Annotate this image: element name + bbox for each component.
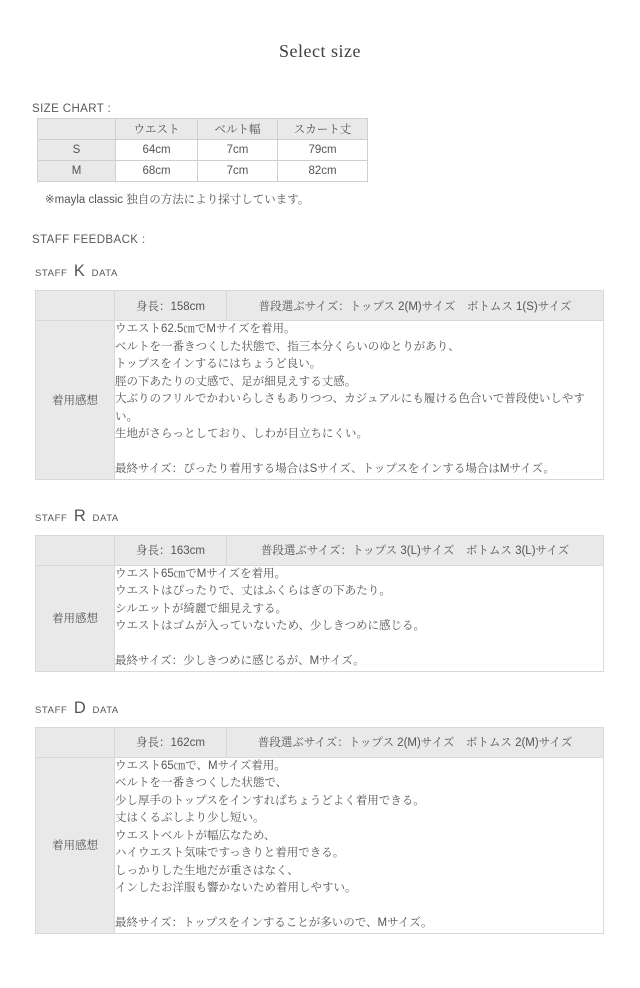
select-size-page: Select size SIZE CHART : ウエスト ベルト幅 スカート丈… xyxy=(0,40,640,934)
staff-suffix: DATA xyxy=(92,268,118,279)
staff-suffix: DATA xyxy=(93,705,119,716)
staff-initial: R xyxy=(74,507,86,525)
size-m-waist: 68cm xyxy=(116,161,198,182)
size-s-belt-width: 7cm xyxy=(198,140,278,161)
size-chart-corner-cell xyxy=(38,119,116,140)
staff-k-usual-size: 普段選ぶサイズ：トップス 2(M)サイズ ボトムス 1(S)サイズ xyxy=(227,291,604,321)
size-s-skirt-length: 79cm xyxy=(278,140,368,161)
staff-prefix: STAFF xyxy=(35,705,67,716)
size-m-label: M xyxy=(38,161,116,182)
size-chart-col-waist: ウエスト xyxy=(116,119,198,140)
staff-feedback-label: STAFF FEEDBACK : xyxy=(32,233,640,247)
staff-initial: D xyxy=(74,699,86,717)
staff-r-heading: STAFF R DATA xyxy=(35,506,640,529)
impression-label: 着用感想 xyxy=(36,565,115,671)
staff-d-feedback-cell: ウエスト65㎝で、Mサイズ着用。 ベルトを一番きつくした状態で、 少し厚手のトッ… xyxy=(115,757,604,933)
size-chart-col-skirt-length: スカート丈 xyxy=(278,119,368,140)
staff-k-height: 身長：158cm xyxy=(115,291,227,321)
staff-section-k: STAFF K DATA 身長：158cm 普段選ぶサイズ：トップス 2(M)サ… xyxy=(35,261,640,480)
staff-initial: K xyxy=(74,262,85,280)
staff-k-header-empty-cell xyxy=(36,291,115,321)
size-chart-col-belt-width: ベルト幅 xyxy=(198,119,278,140)
staff-k-heading: STAFF K DATA xyxy=(35,261,640,284)
staff-k-feedback-row: 着用感想 ウエスト62.5㎝でMサイズを着用。 ベルトを一番きつくした状態で、指… xyxy=(36,321,604,480)
staff-suffix: DATA xyxy=(93,513,119,524)
size-s-waist: 64cm xyxy=(116,140,198,161)
staff-section-r: STAFF R DATA 身長：163cm 普段選ぶサイズ：トップス 3(L)サ… xyxy=(35,506,640,672)
impression-label: 着用感想 xyxy=(36,321,115,480)
staff-d-heading: STAFF D DATA xyxy=(35,698,640,721)
size-chart-row-m: M 68cm 7cm 82cm xyxy=(38,161,368,182)
size-m-skirt-length: 82cm xyxy=(278,161,368,182)
size-chart-label: SIZE CHART : xyxy=(32,102,640,116)
staff-prefix: STAFF xyxy=(35,513,67,524)
staff-d-feedback-text: ウエスト65㎝で、Mサイズ着用。 ベルトを一番きつくした状態で、 少し厚手のトッ… xyxy=(115,758,603,933)
measurement-note: ※mayla classic 独自の方法により採寸しています。 xyxy=(45,193,640,207)
staff-r-table: 身長：163cm 普段選ぶサイズ：トップス 3(L)サイズ ボトムス 3(L)サ… xyxy=(35,535,604,672)
size-chart-table: ウエスト ベルト幅 スカート丈 S 64cm 7cm 79cm M 68cm 7… xyxy=(37,118,368,182)
staff-r-header-row: 身長：163cm 普段選ぶサイズ：トップス 3(L)サイズ ボトムス 3(L)サ… xyxy=(36,535,604,565)
staff-d-header-row: 身長：162cm 普段選ぶサイズ：トップス 2(M)サイズ ボトムス 2(M)サ… xyxy=(36,727,604,757)
staff-k-feedback-text: ウエスト62.5㎝でMサイズを着用。 ベルトを一番きつくした状態で、指三本分くら… xyxy=(115,321,603,479)
size-m-belt-width: 7cm xyxy=(198,161,278,182)
staff-prefix: STAFF xyxy=(35,268,67,279)
staff-r-height: 身長：163cm xyxy=(115,535,227,565)
staff-r-feedback-row: 着用感想 ウエスト65㎝でMサイズを着用。 ウエストはぴったりで、丈はふくらはぎ… xyxy=(36,565,604,671)
staff-section-d: STAFF D DATA 身長：162cm 普段選ぶサイズ：トップス 2(M)サ… xyxy=(35,698,640,934)
page-title: Select size xyxy=(0,40,640,62)
staff-d-feedback-row: 着用感想 ウエスト65㎝で、Mサイズ着用。 ベルトを一番きつくした状態で、 少し… xyxy=(36,757,604,933)
staff-r-usual-size: 普段選ぶサイズ：トップス 3(L)サイズ ボトムス 3(L)サイズ xyxy=(227,535,604,565)
staff-k-feedback-cell: ウエスト62.5㎝でMサイズを着用。 ベルトを一番きつくした状態で、指三本分くら… xyxy=(115,321,604,480)
staff-k-table: 身長：158cm 普段選ぶサイズ：トップス 2(M)サイズ ボトムス 1(S)サ… xyxy=(35,290,604,480)
staff-d-height: 身長：162cm xyxy=(115,727,227,757)
size-s-label: S xyxy=(38,140,116,161)
staff-r-header-empty-cell xyxy=(36,535,115,565)
size-chart-row-s: S 64cm 7cm 79cm xyxy=(38,140,368,161)
staff-r-feedback-cell: ウエスト65㎝でMサイズを着用。 ウエストはぴったりで、丈はふくらはぎの下あたり… xyxy=(115,565,604,671)
size-chart-header-row: ウエスト ベルト幅 スカート丈 xyxy=(38,119,368,140)
staff-d-table: 身長：162cm 普段選ぶサイズ：トップス 2(M)サイズ ボトムス 2(M)サ… xyxy=(35,727,604,934)
staff-d-header-empty-cell xyxy=(36,727,115,757)
staff-k-header-row: 身長：158cm 普段選ぶサイズ：トップス 2(M)サイズ ボトムス 1(S)サ… xyxy=(36,291,604,321)
impression-label: 着用感想 xyxy=(36,757,115,933)
staff-r-feedback-text: ウエスト65㎝でMサイズを着用。 ウエストはぴったりで、丈はふくらはぎの下あたり… xyxy=(115,566,603,671)
staff-d-usual-size: 普段選ぶサイズ：トップス 2(M)サイズ ボトムス 2(M)サイズ xyxy=(227,727,604,757)
